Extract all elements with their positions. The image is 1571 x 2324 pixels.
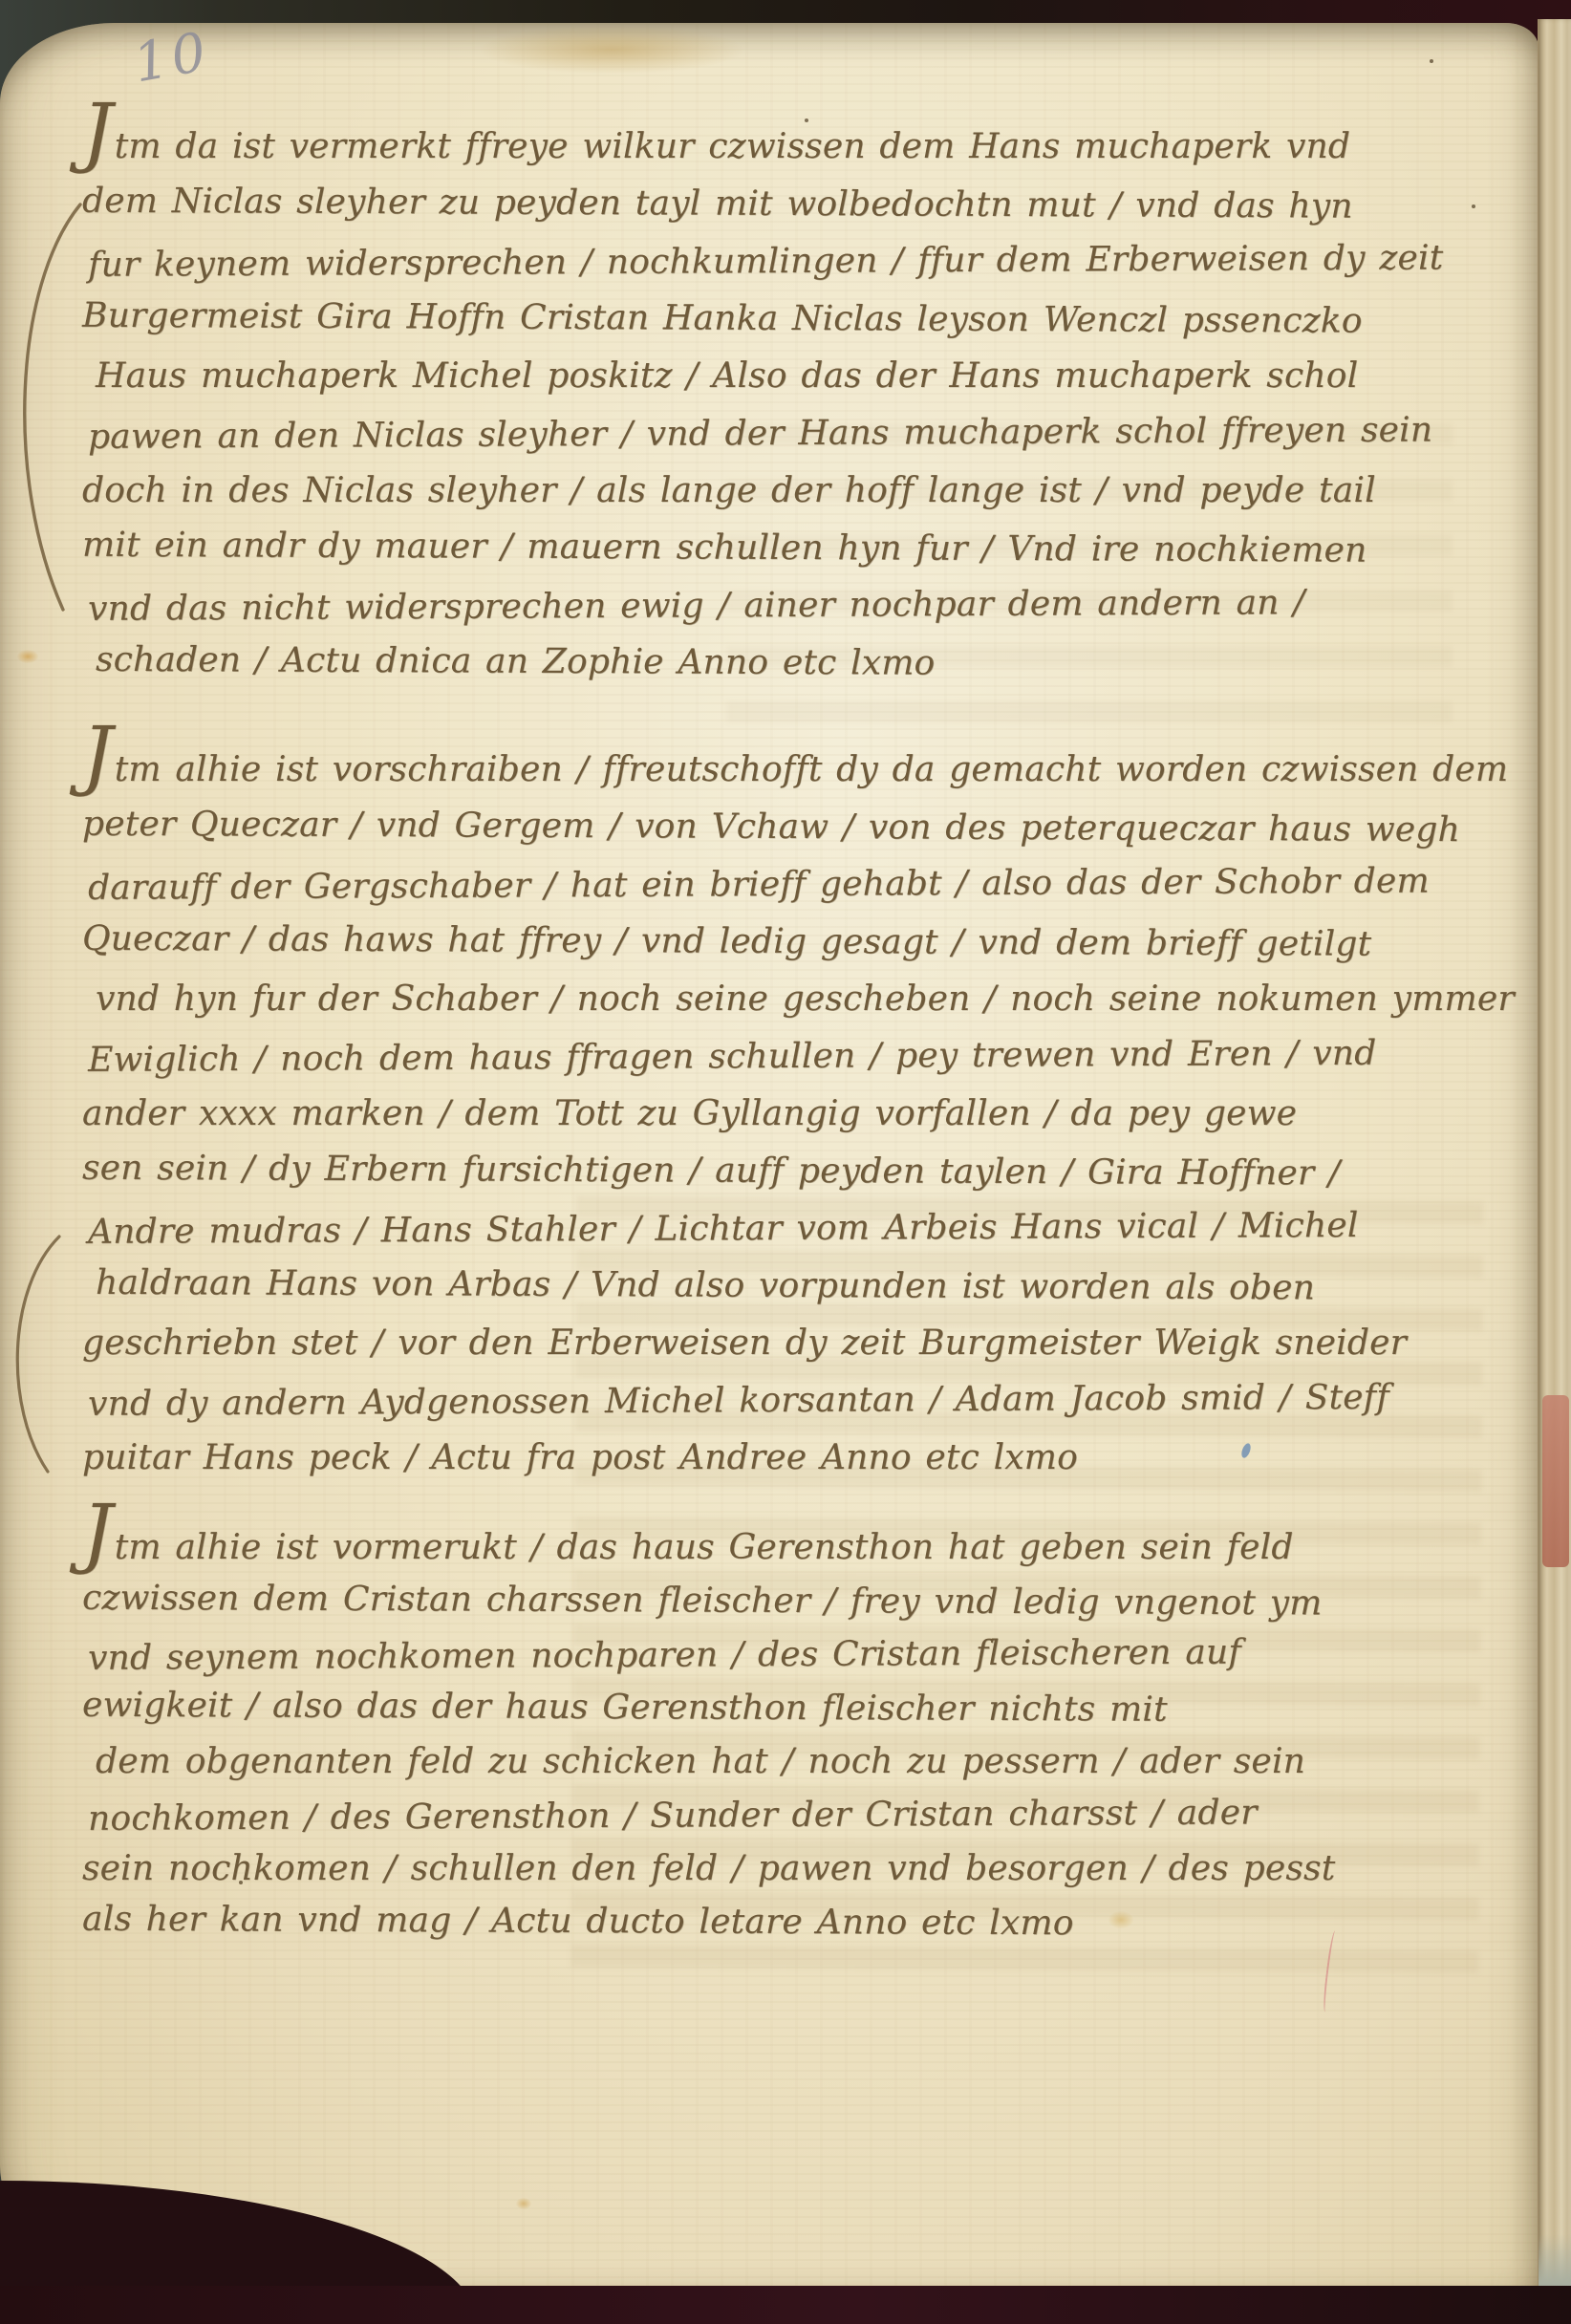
manuscript-photo: 10 Jtm da ist vermerkt ffreye wilkur czw… xyxy=(0,0,1571,2324)
manuscript-line: mit ein andr dy mauer / mauern schullen … xyxy=(82,517,1504,580)
manuscript-line: sein nochkomen / schullen den feld / paw… xyxy=(82,1842,1504,1896)
manuscript-line: Ewiglich / noch dem haus ffragen schulle… xyxy=(82,1024,1504,1089)
manuscript-line: fur keynem widersprechen / nochkumlingen… xyxy=(82,229,1504,294)
fore-edge-red-mark xyxy=(1542,1395,1569,1567)
manuscript-line: Jtm da ist vermerkt ffreye wilkur czwiss… xyxy=(82,113,1504,176)
stain-mark xyxy=(478,25,745,75)
manuscript-line: nochkomen / des Gerensthon / Sunder der … xyxy=(82,1785,1504,1846)
manuscript-line: vnd seynem nochkomen nochparen / des Cri… xyxy=(82,1625,1504,1686)
manuscript-line: als her kan vnd mag / Actu ducto letare … xyxy=(82,1893,1504,1952)
manuscript-line: sen sein / dy Erbern fursichtigen / auff… xyxy=(82,1140,1504,1203)
manuscript-line: dem Niclas sleyher zu peyden tayl mit wo… xyxy=(82,173,1504,236)
ink-speck xyxy=(1430,59,1433,63)
ink-speck xyxy=(805,118,808,122)
manuscript-line: geschriebn stet / vor den Erberweisen dy… xyxy=(82,1315,1504,1372)
manuscript-entry-3: Jtm alhie ist vormerukt / das haus Geren… xyxy=(82,1514,1504,1949)
manuscript-line: ander xxxx marken / dem Tott zu Gyllangi… xyxy=(82,1086,1504,1143)
manuscript-line: peter Queczar / vnd Gergem / von Vchaw /… xyxy=(82,796,1504,859)
binding-edge-bottom xyxy=(0,2286,1571,2324)
ink-speck xyxy=(239,1881,243,1884)
manuscript-line: Haus muchaperk Michel poskitz / Also das… xyxy=(82,348,1504,405)
manuscript-line: dem obgenanten feld zu schicken hat / no… xyxy=(82,1735,1504,1789)
manuscript-line: vnd das nicht widersprechen ewig / ainer… xyxy=(82,573,1504,638)
manuscript-line: Jtm alhie ist vormerukt / das haus Geren… xyxy=(82,1514,1504,1575)
stain-mark xyxy=(17,650,38,663)
manuscript-line: puitar Hans peck / Actu fra post Andree … xyxy=(82,1430,1504,1487)
manuscript-line: Burgermeist Gira Hoffn Cristan Hanka Nic… xyxy=(82,288,1504,351)
manuscript-line: Andre mudras / Hans Stahler / Lichtar vo… xyxy=(82,1196,1504,1261)
manuscript-line: doch in des Niclas sleyher / als lange d… xyxy=(82,463,1504,520)
paragraph-brace-mark xyxy=(0,1233,69,1477)
manuscript-line: vnd dy andern Aydgenossen Michel korsant… xyxy=(82,1368,1504,1433)
text-block: Jtm da ist vermerkt ffreye wilkur czwiss… xyxy=(82,113,1504,1949)
manuscript-line: czwissen dem Cristan charssen fleischer … xyxy=(82,1572,1504,1631)
manuscript-entry-2: Jtm alhie ist vorschraiben / ffreutschof… xyxy=(82,736,1504,1487)
stain-mark xyxy=(516,2198,531,2209)
manuscript-line: schaden / Actu dnica an Zophie Anno etc … xyxy=(82,632,1504,695)
ink-speck xyxy=(1472,204,1475,208)
manuscript-line: pawen an den Niclas sleyher / vnd der Ha… xyxy=(82,401,1504,466)
paragraph-brace-mark xyxy=(4,199,92,615)
manuscript-line: darauff der Gergschaber / hat ein brieff… xyxy=(82,852,1504,917)
manuscript-entry-1: Jtm da ist vermerkt ffreye wilkur czwiss… xyxy=(82,113,1504,692)
book-fore-edge xyxy=(1538,19,1571,2316)
manuscript-line: Jtm alhie ist vorschraiben / ffreutschof… xyxy=(82,736,1504,799)
manuscript-line: haldraan Hans von Arbas / Vnd also vorpu… xyxy=(82,1255,1504,1318)
manuscript-line: vnd hyn fur der Schaber / noch seine ges… xyxy=(82,971,1504,1028)
manuscript-line: Queczar / das haws hat ffrey / vnd ledig… xyxy=(82,911,1504,974)
manuscript-line: ewigkeit / also das der haus Gerensthon … xyxy=(82,1679,1504,1738)
folio-number: 10 xyxy=(129,21,214,96)
